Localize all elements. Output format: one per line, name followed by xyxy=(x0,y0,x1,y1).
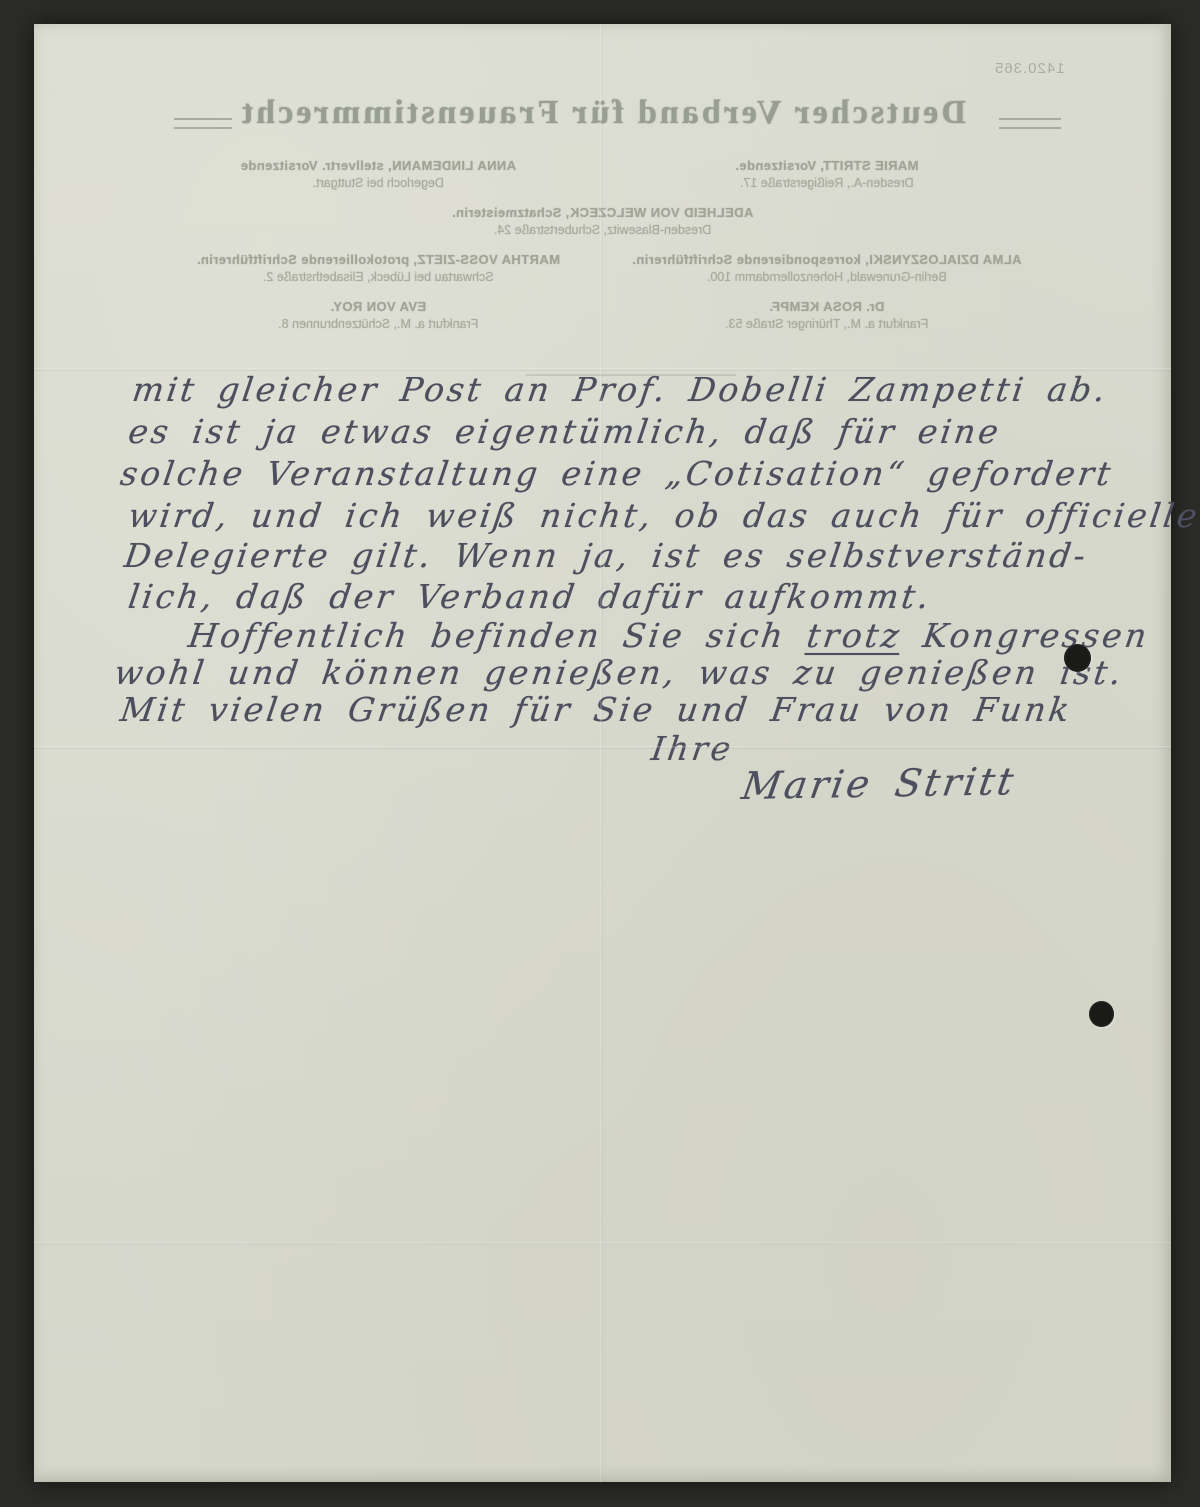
officer-rosa-kempf: Dr. ROSA KEMPF. Frankfurt a. M., Thüring… xyxy=(603,299,1052,331)
officer-address: Schwartau bei Lübeck, Elisabethstraße 2. xyxy=(154,270,603,284)
officer-address: Frankfurt a. M., Schützenbrunnen 8. xyxy=(154,317,603,331)
handwriting-line: Delegierte gilt. Wenn ja, ist es selbstv… xyxy=(122,536,1091,575)
officer-name: Dr. ROSA KEMPF. xyxy=(603,299,1052,314)
title-rule-right xyxy=(174,118,232,129)
handwriting-line: solche Veranstaltung eine „Cotisation“ g… xyxy=(118,454,1116,493)
underlined-word-trotz: trotz xyxy=(804,616,904,655)
officer-eva-von-roy: EVA VON ROY. Frankfurt a. M., Schützenbr… xyxy=(154,299,603,331)
handwriting-line: Hoffentlich befinden Sie sich trotz Kong… xyxy=(186,616,1152,655)
handwriting-line: es ist ja etwas eigentümlich, daß für ei… xyxy=(126,412,1004,451)
officer-alma-dzialoszynski: ALMA DZIALOSZYNSKI, korrespondierende Sc… xyxy=(603,252,1052,284)
officer-address: Frankfurt a. M., Thüringer Straße 53. xyxy=(603,317,1052,331)
officer-marie-stritt: MARIE STRITT, Vorsitzende. Dresden-A., R… xyxy=(603,158,1052,190)
handwriting-line: mit gleicher Post an Prof. Dobelli Zampe… xyxy=(130,370,1111,409)
handwriting-line: wird, und ich weiß nicht, ob das auch fü… xyxy=(126,496,1200,535)
officer-address: Degerloch bei Stuttgart. xyxy=(154,176,603,190)
signature-marie-stritt: Marie Stritt xyxy=(739,759,1019,808)
hole-punch-top xyxy=(1064,644,1091,672)
officer-name: MARIE STRITT, Vorsitzende. xyxy=(603,158,1052,173)
officer-name: ANNA LINDEMANN, stellvertr. Vorsitzende xyxy=(154,158,603,173)
handwriting-segment: Kongressen xyxy=(899,616,1152,655)
officer-name: EVA VON ROY. xyxy=(154,299,603,314)
officer-anna-lindemann: ANNA LINDEMANN, stellvertr. Vorsitzende … xyxy=(154,158,603,190)
officer-martha-voss-zietz: MARTHA VOSS-ZIETZ, protokollierende Schr… xyxy=(154,252,603,284)
handwriting-line: wohl und können genießen, was zu genieße… xyxy=(112,653,1126,692)
handwriting-segment: Hoffentlich befinden Sie sich xyxy=(186,616,810,655)
handwriting-line: lich, daß der Verband dafür aufkommt. xyxy=(126,577,934,616)
hole-punch-bottom xyxy=(1089,1001,1114,1027)
handwriting-line: Mit vielen Grüßen für Sie und Frau von F… xyxy=(118,690,1075,729)
title-rule-left xyxy=(999,118,1061,129)
letter-scan-page: 1420.365 Deutscher Verband für Frauensti… xyxy=(34,24,1171,1482)
fold-crease-vertical xyxy=(600,24,603,1482)
officer-name: MARTHA VOSS-ZIETZ, protokollierende Schr… xyxy=(154,252,603,267)
officer-address: Berlin-Grunewald, Hohenzollerndamm 100. xyxy=(603,270,1052,284)
officer-address: Dresden-A., Reißigerstraße 17. xyxy=(603,176,1052,190)
officer-name: ALMA DZIALOSZYNSKI, korrespondierende Sc… xyxy=(603,252,1052,267)
